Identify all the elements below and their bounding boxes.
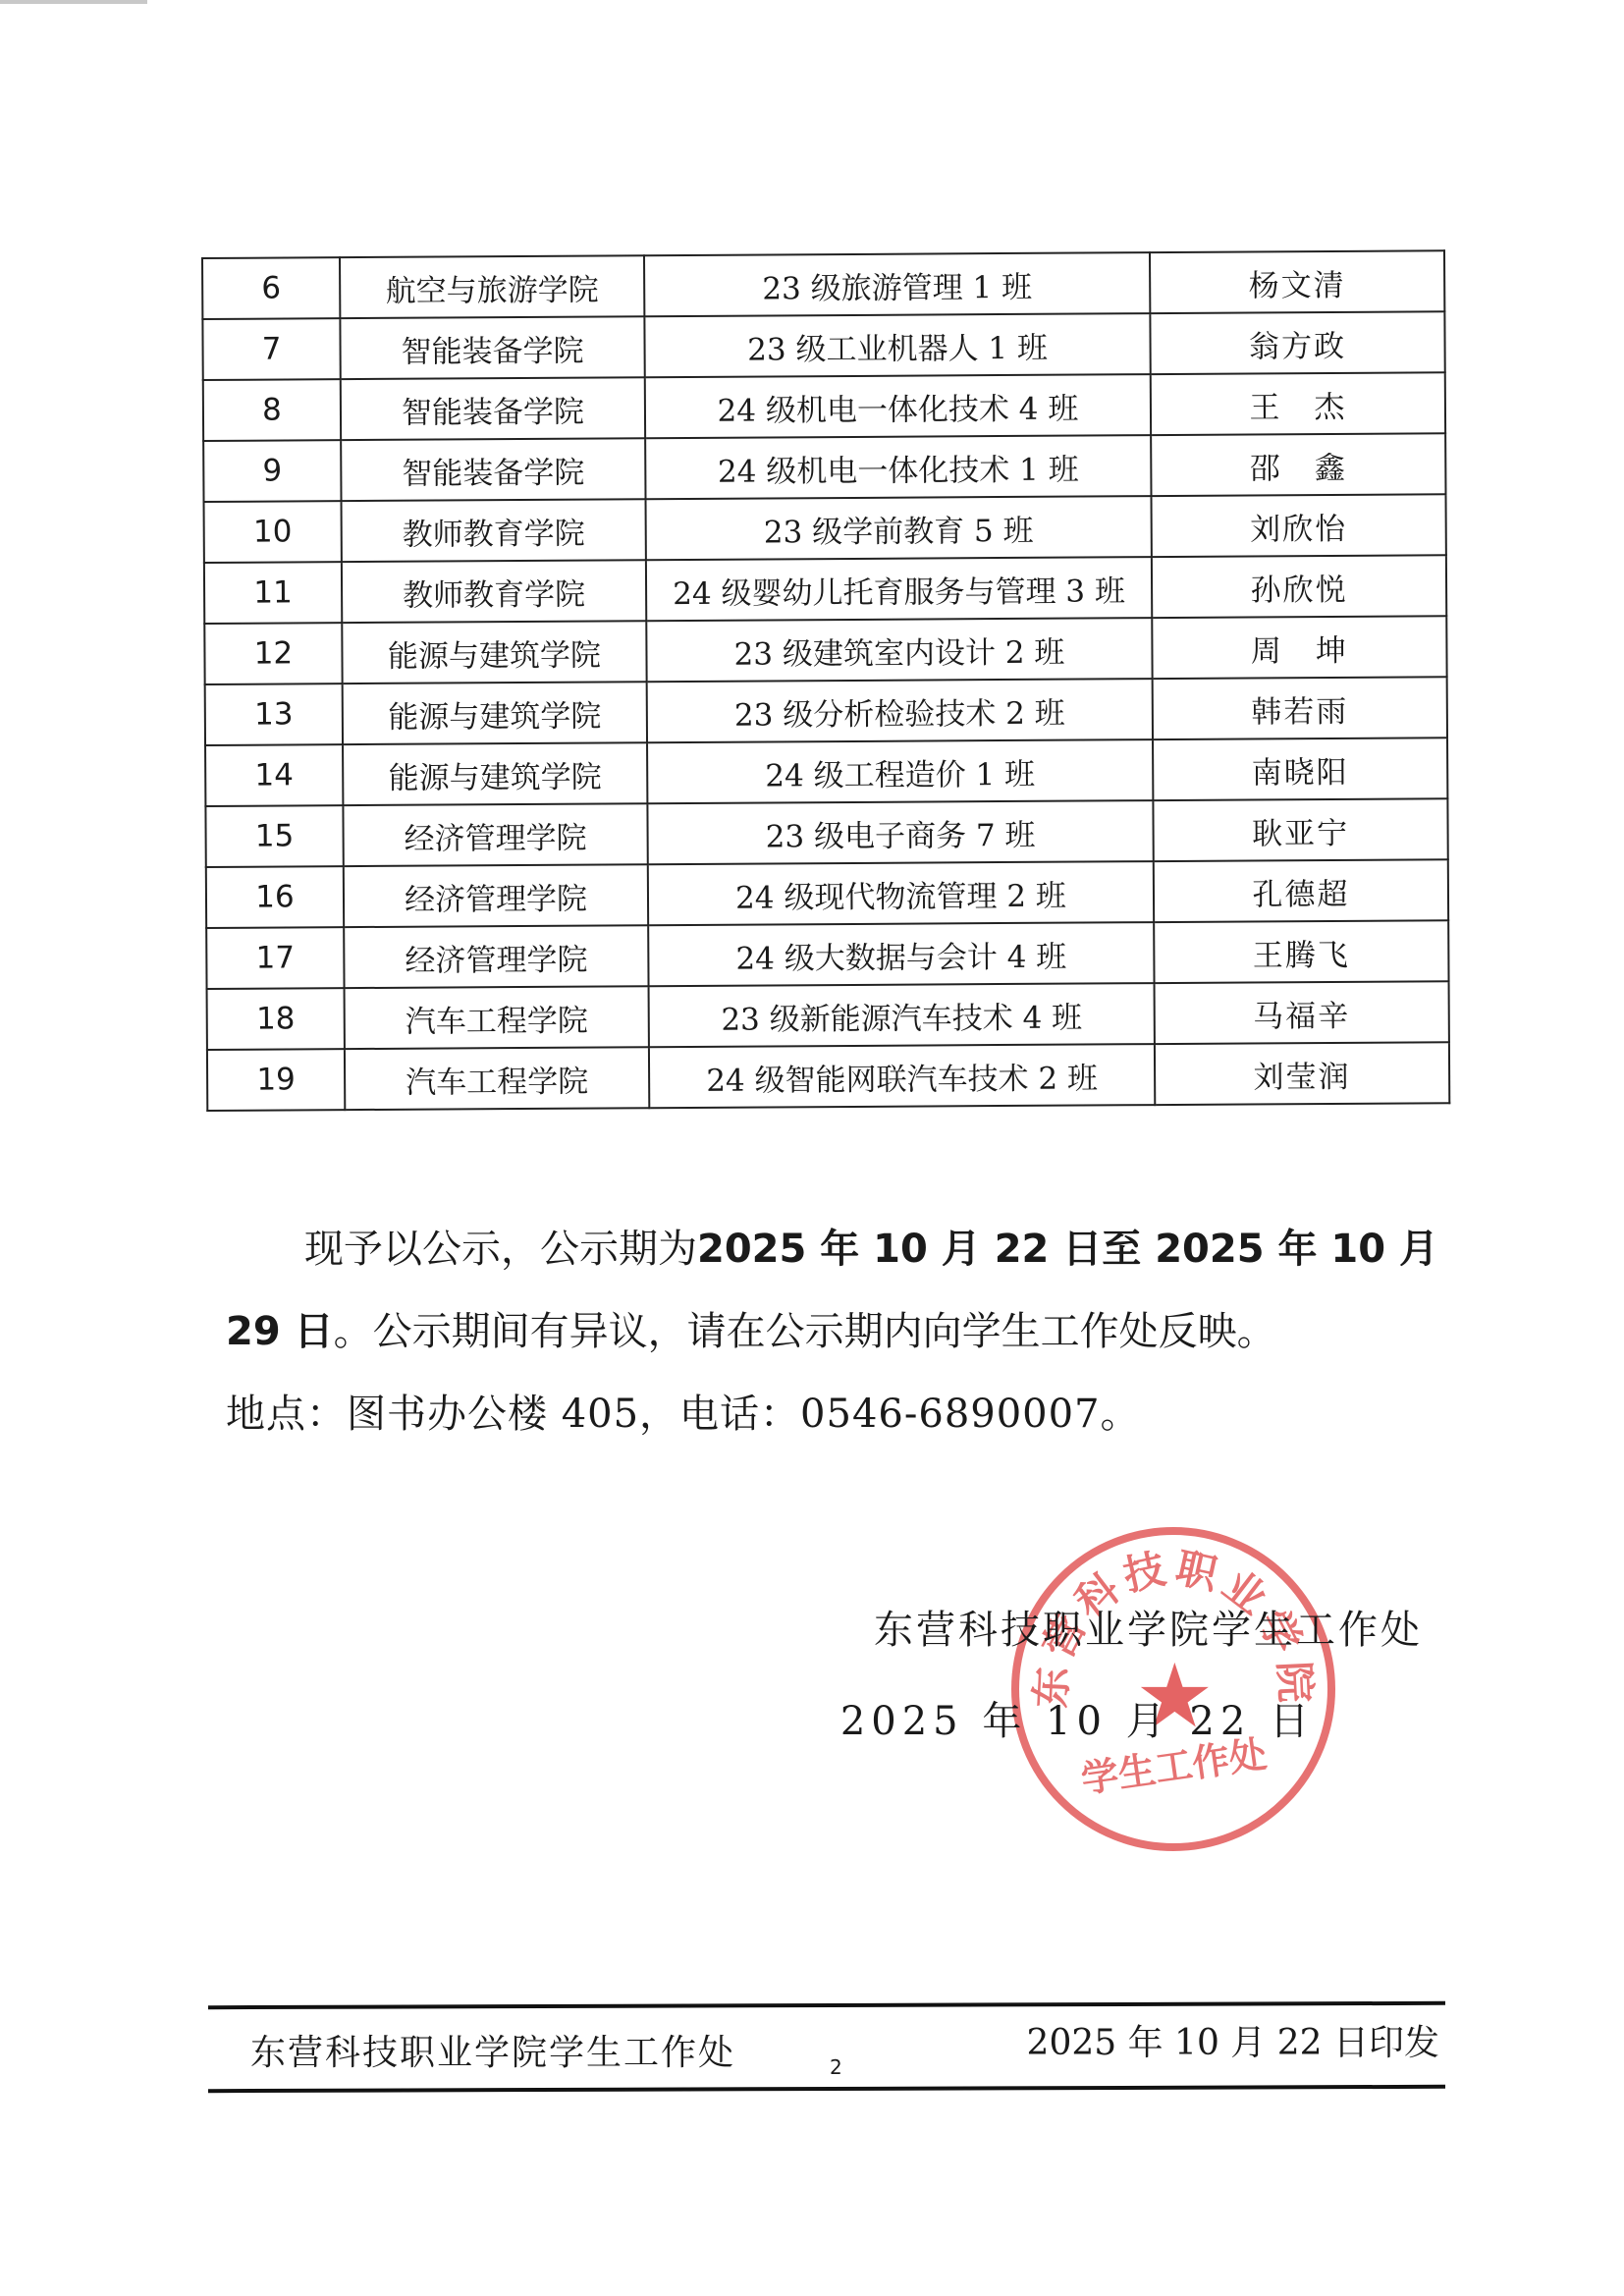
student-name-cell: 韩若雨: [1153, 677, 1447, 739]
college-cell: 智能装备学院: [341, 377, 645, 440]
student-name-cell: 孙欣悦: [1152, 555, 1446, 618]
class-cell: 23 级新能源汽车技术 4 班: [649, 983, 1155, 1047]
notice-prefix: 现予以公示，公示期为: [304, 1227, 697, 1272]
class-cell: 24 级机电一体化技术 1 班: [645, 435, 1151, 499]
student-name-cell: 孔德超: [1154, 859, 1448, 922]
publicity-period-start: 2025 年 10 月 22 日至 2025 年 10 月: [697, 1227, 1438, 1272]
row-number: 16: [206, 866, 344, 928]
objection-instructions: 。公示期间有异议，请在公示期内向学生工作处反映。: [334, 1309, 1276, 1354]
row-number: 6: [202, 257, 340, 319]
signing-date: 2025 年 10 月 22 日: [840, 1690, 1315, 1746]
student-name-cell: 刘欣怡: [1152, 494, 1446, 557]
college-cell: 经济管理学院: [344, 864, 648, 927]
row-number: 12: [204, 623, 342, 684]
notice-line-2: 29 日。公示期间有异议，请在公示期内向学生工作处反映。: [226, 1290, 1443, 1373]
student-name-cell: 邵 鑫: [1151, 433, 1445, 496]
footer-divider-top: [208, 2001, 1445, 2009]
row-number: 15: [205, 805, 343, 867]
table-row: 13能源与建筑学院23 级分析检验技术 2 班韩若雨: [205, 677, 1447, 745]
row-number: 18: [207, 988, 345, 1050]
table-row: 16经济管理学院24 级现代物流管理 2 班孔德超: [206, 859, 1448, 928]
contact-line: 地点：图书办公楼 405，电话：0546-6890007。: [226, 1373, 1443, 1455]
college-cell: 经济管理学院: [343, 803, 647, 866]
student-name-cell: 杨文清: [1150, 250, 1444, 313]
table-row: 15经济管理学院23 级电子商务 7 班耿亚宁: [205, 798, 1447, 867]
class-cell: 24 级大数据与会计 4 班: [648, 922, 1154, 986]
notice-paragraph: 现予以公示，公示期为2025 年 10 月 22 日至 2025 年 10 月 …: [226, 1208, 1443, 1455]
table-row: 6航空与旅游学院23 级旅游管理 1 班杨文清: [202, 250, 1444, 319]
student-name-cell: 王腾飞: [1154, 920, 1448, 983]
table-row: 8智能装备学院24 级机电一体化技术 4 班王 杰: [203, 372, 1445, 441]
college-cell: 智能装备学院: [341, 438, 645, 501]
class-cell: 23 级电子商务 7 班: [647, 800, 1153, 864]
row-number: 11: [204, 562, 342, 624]
college-cell: 能源与建筑学院: [342, 621, 646, 683]
college-cell: 汽车工程学院: [345, 986, 649, 1049]
class-cell: 24 级现代物流管理 2 班: [648, 861, 1154, 925]
table-row: 19汽车工程学院24 级智能网联汽车技术 2 班刘莹润: [207, 1042, 1449, 1111]
student-roster-table: 6航空与旅游学院23 级旅游管理 1 班杨文清 7智能装备学院23 级工业机器人…: [201, 249, 1450, 1112]
table-row: 14能源与建筑学院24 级工程造价 1 班南晓阳: [205, 738, 1447, 806]
footer-divider-bottom: [208, 2085, 1445, 2093]
publicity-period-end: 29 日: [226, 1309, 334, 1354]
footer-issuer: 东营科技职业学院学生工作处: [250, 2025, 735, 2075]
signature-block: 东营科技职业学院学生工作处 2025 年 10 月 22 日: [840, 1599, 1423, 1746]
student-name-cell: 耿亚宁: [1153, 798, 1447, 861]
row-number: 17: [206, 927, 344, 989]
class-cell: 23 级建筑室内设计 2 班: [646, 618, 1152, 682]
student-name-cell: 南晓阳: [1153, 738, 1447, 800]
table-row: 12能源与建筑学院23 级建筑室内设计 2 班周 坤: [204, 616, 1446, 684]
scan-artifact: [0, 0, 147, 4]
notice-line-1: 现予以公示，公示期为2025 年 10 月 22 日至 2025 年 10 月: [226, 1208, 1443, 1290]
college-cell: 教师教育学院: [342, 499, 646, 562]
class-cell: 24 级智能网联汽车技术 2 班: [649, 1044, 1155, 1108]
class-cell: 23 级分析检验技术 2 班: [647, 679, 1153, 742]
class-cell: 24 级机电一体化技术 4 班: [645, 374, 1151, 438]
class-cell: 24 级婴幼儿托育服务与管理 3 班: [646, 557, 1152, 621]
document-page: 6航空与旅游学院23 级旅游管理 1 班杨文清 7智能装备学院23 级工业机器人…: [0, 0, 1624, 2296]
college-cell: 智能装备学院: [340, 316, 644, 379]
row-number: 14: [205, 744, 343, 806]
table-row: 10教师教育学院23 级学前教育 5 班刘欣怡: [204, 494, 1446, 563]
class-cell: 23 级旅游管理 1 班: [644, 252, 1150, 316]
row-number: 8: [203, 379, 341, 441]
college-cell: 能源与建筑学院: [343, 682, 647, 744]
student-name-cell: 王 杰: [1151, 372, 1445, 435]
college-cell: 航空与旅游学院: [340, 255, 644, 318]
table-row: 11教师教育学院24 级婴幼儿托育服务与管理 3 班孙欣悦: [204, 555, 1446, 624]
row-number: 19: [207, 1049, 345, 1111]
signing-organization: 东营科技职业学院学生工作处: [840, 1599, 1423, 1655]
college-cell: 能源与建筑学院: [343, 742, 647, 805]
row-number: 10: [204, 501, 342, 563]
student-name-cell: 马福辛: [1155, 981, 1449, 1044]
college-cell: 经济管理学院: [344, 925, 648, 988]
table-row: 7智能装备学院23 级工业机器人 1 班翁方政: [202, 311, 1444, 380]
college-cell: 汽车工程学院: [345, 1047, 649, 1110]
table-row: 18汽车工程学院23 级新能源汽车技术 4 班马福辛: [207, 981, 1449, 1050]
class-cell: 23 级工业机器人 1 班: [644, 313, 1150, 377]
table-row: 9智能装备学院24 级机电一体化技术 1 班邵 鑫: [203, 433, 1445, 502]
table-row: 17经济管理学院24 级大数据与会计 4 班王腾飞: [206, 920, 1448, 989]
page-number: 2: [830, 2055, 842, 2079]
row-number: 9: [203, 440, 341, 502]
row-number: 13: [205, 683, 343, 745]
student-name-cell: 周 坤: [1152, 616, 1446, 679]
student-name-cell: 刘莹润: [1155, 1042, 1449, 1105]
footer-issued-date: 2025 年 10 月 22 日印发: [1027, 2015, 1439, 2065]
college-cell: 教师教育学院: [342, 560, 646, 623]
class-cell: 23 级学前教育 5 班: [646, 496, 1152, 560]
row-number: 7: [202, 318, 340, 380]
student-name-cell: 翁方政: [1150, 311, 1444, 374]
class-cell: 24 级工程造价 1 班: [647, 739, 1153, 803]
